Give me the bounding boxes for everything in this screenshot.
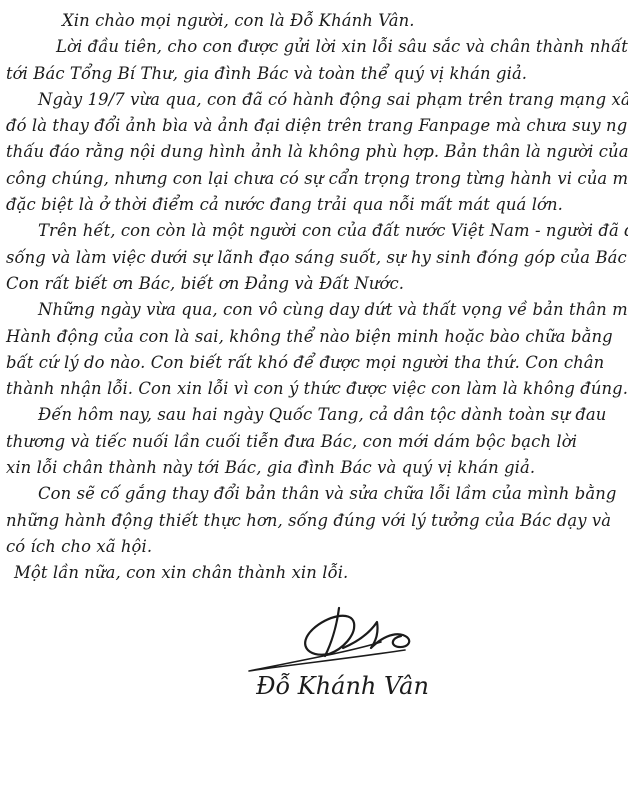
signature-block: Đỗ Khánh Vân (225, 598, 460, 700)
paragraph: Xin chào mọi người, con là Đỗ Khánh Vân. (6, 8, 626, 34)
letter-line: Xin chào mọi người, con là Đỗ Khánh Vân. (6, 8, 626, 34)
letter-line: Một lần nữa, con xin chân thành xin lỗi. (6, 560, 626, 586)
letter-line: Hành động của con là sai, không thể nào … (6, 324, 626, 350)
letter-line: Ngày 19/7 vừa qua, con đã có hành động s… (6, 87, 626, 113)
letter-line: Con sẽ cố gắng thay đổi bản thân và sửa … (6, 481, 626, 507)
letter-line: Con rất biết ơn Bác, biết ơn Đảng và Đất… (6, 271, 626, 297)
letter-line: thấu đáo rằng nội dung hình ảnh là không… (6, 139, 626, 165)
letter-line: thương và tiếc nuối lần cuối tiễn đưa Bá… (6, 429, 626, 455)
paragraph: Ngày 19/7 vừa qua, con đã có hành động s… (6, 87, 626, 218)
paragraph: Những ngày vừa qua, con vô cùng day dứt … (6, 297, 626, 402)
letter-line: bất cứ lý do nào. Con biết rất khó để đư… (6, 350, 626, 376)
letter-line: Lời đầu tiên, cho con được gửi lời xin l… (6, 34, 626, 60)
letter-line: Trên hết, con còn là một người con của đ… (6, 218, 626, 244)
letter-page: Xin chào mọi người, con là Đỗ Khánh Vân.… (0, 0, 628, 800)
letter-line: đó là thay đổi ảnh bìa và ảnh đại diện t… (6, 113, 626, 139)
paragraph: Một lần nữa, con xin chân thành xin lỗi. (6, 560, 626, 586)
paragraph: Con sẽ cố gắng thay đổi bản thân và sửa … (6, 481, 626, 560)
paragraph: Lời đầu tiên, cho con được gửi lời xin l… (6, 34, 626, 87)
letter-line: những hành động thiết thực hơn, sống đún… (6, 508, 626, 534)
paragraph: Trên hết, con còn là một người con của đ… (6, 218, 626, 297)
letter-body: Xin chào mọi người, con là Đỗ Khánh Vân.… (6, 8, 626, 587)
letter-line: xin lỗi chân thành này tới Bác, gia đình… (6, 455, 626, 481)
signature-name: Đỗ Khánh Vân (225, 672, 460, 700)
letter-line: Đến hôm nay, sau hai ngày Quốc Tang, cả … (6, 402, 626, 428)
paragraph: Đến hôm nay, sau hai ngày Quốc Tang, cả … (6, 402, 626, 481)
letter-line: công chúng, nhưng con lại chưa có sự cẩn… (6, 166, 626, 192)
letter-line: Những ngày vừa qua, con vô cùng day dứt … (6, 297, 626, 323)
letter-line: tới Bác Tổng Bí Thư, gia đình Bác và toà… (6, 61, 626, 87)
letter-line: đặc biệt là ở thời điểm cả nước đang trả… (6, 192, 626, 218)
letter-line: thành nhận lỗi. Con xin lỗi vì con ý thứ… (6, 376, 626, 402)
letter-line: sống và làm việc dưới sự lãnh đạo sáng s… (6, 245, 626, 271)
letter-line: có ích cho xã hội. (6, 534, 626, 560)
signature-scribble (233, 598, 453, 678)
